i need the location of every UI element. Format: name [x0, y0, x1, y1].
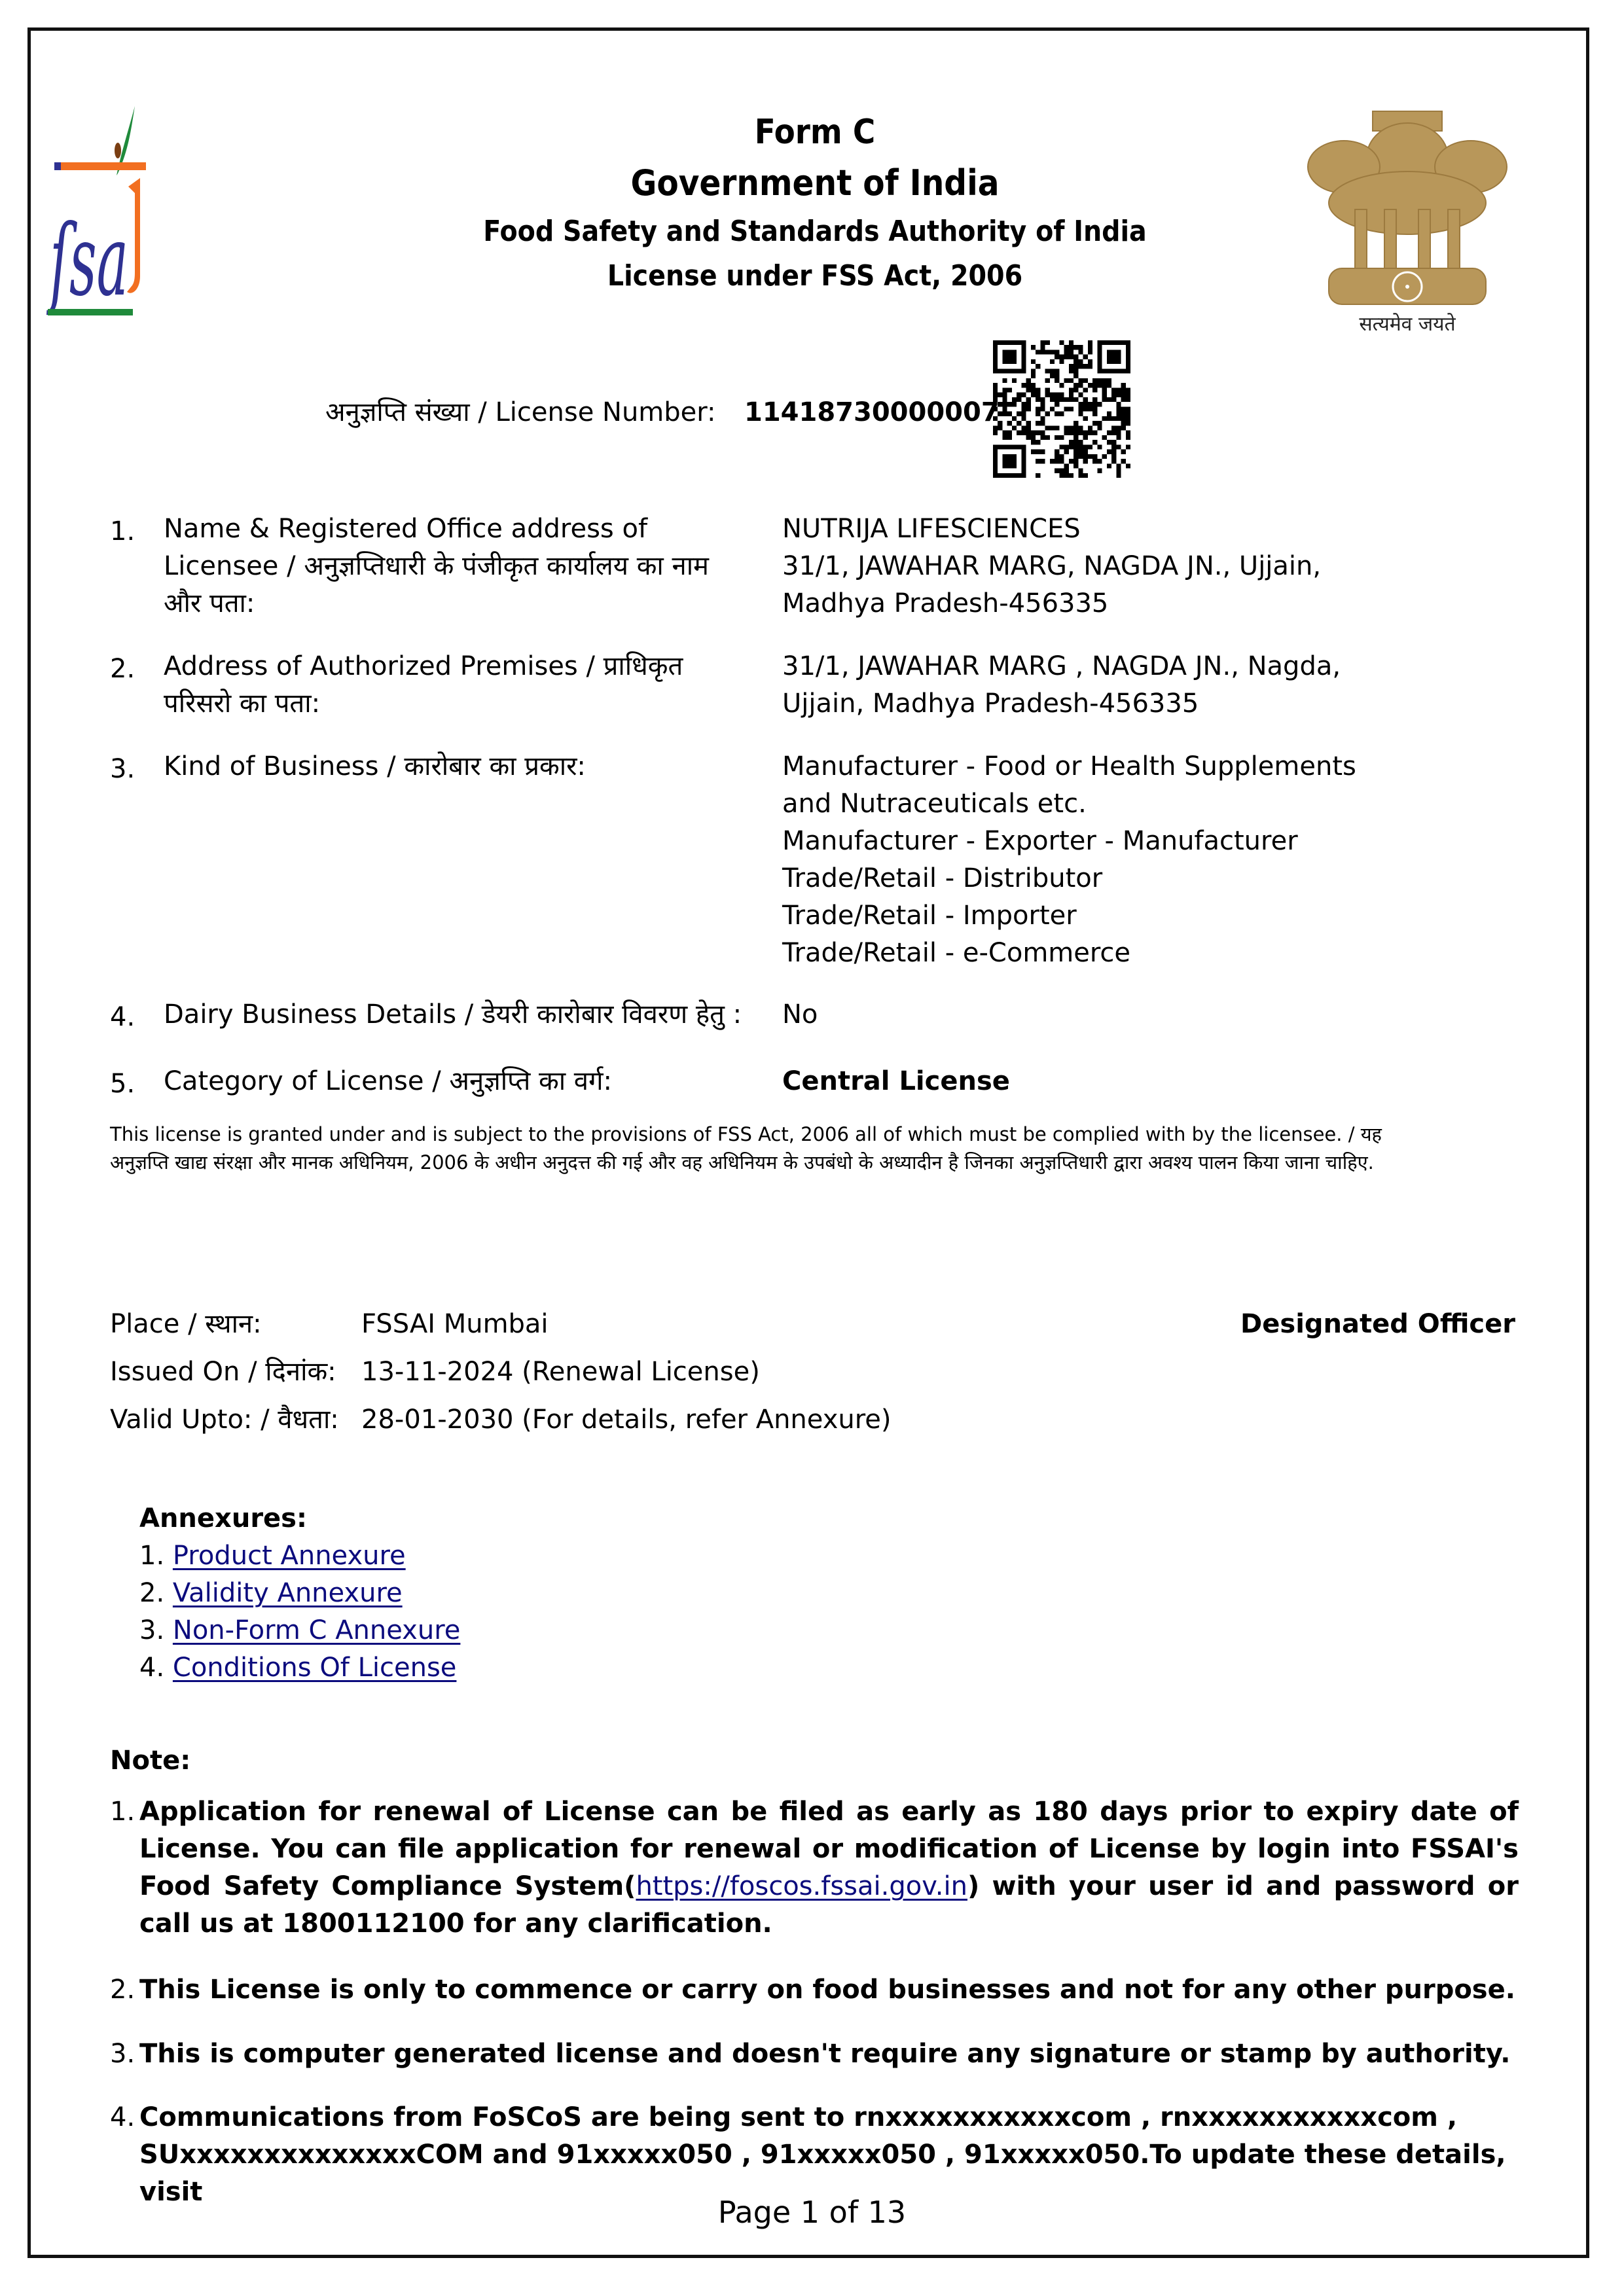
page-number: Page 1 of 13 [0, 2193, 1624, 2232]
product-annexure-link[interactable]: Product Annexure [173, 1541, 406, 1571]
issued-value: 13-11-2024 (Renewal License) [361, 1352, 760, 1391]
item-value: NUTRIJA LIFESCIENCES 31/1, JAWAHAR MARG,… [782, 511, 1489, 622]
place-label: Place / स्थान: [110, 1309, 262, 1339]
validity-annexure-link[interactable]: Validity Annexure [173, 1578, 403, 1608]
note-computer-generated: 3. This is computer generated license an… [110, 2036, 1519, 2073]
item-label: Address of Authorized Premises / प्राधिक… [164, 648, 733, 723]
item-label: Category of License / अनुज्ञप्ति का वर्ग… [164, 1063, 733, 1100]
annexure-item: 4. Conditions Of License [139, 1649, 460, 1687]
item-value: Manufacturer - Food or Health Supplement… [782, 748, 1489, 972]
designated-officer: Designated Officer [1240, 1304, 1515, 1344]
item-value: Central License [782, 1063, 1489, 1100]
item-label: Name & Registered Office address of Lice… [164, 511, 733, 622]
government-title: Government of India [393, 157, 1237, 209]
emblem-motto: सत्यमेव जयते [1359, 313, 1456, 336]
national-emblem-icon: सत्यमेव जयते [1293, 105, 1522, 337]
qr-code-icon[interactable] [992, 340, 1131, 478]
license-number-label: अनुज्ञप्ति संख्या / License Number: [325, 397, 715, 427]
place-row: Place / स्थान: FSSAI Mumbai [110, 1304, 262, 1344]
item-value: 31/1, JAWAHAR MARG , NAGDA JN., Nagda, U… [782, 648, 1489, 723]
note-purpose: 2. This License is only to commence or c… [110, 1971, 1519, 2009]
fssai-logo: ſsa [45, 105, 153, 331]
note-renewal: 1. Application for renewal of License ca… [110, 1793, 1519, 1943]
notes-heading: Note: [110, 1741, 190, 1780]
annexure-item: 1. Product Annexure [139, 1537, 460, 1575]
title-block: Form C Government of India Food Safety a… [393, 108, 1237, 298]
issued-label: Issued On / दिनांक: [110, 1357, 336, 1387]
annexures-list: Annexures: 1. Product Annexure 2. Validi… [139, 1500, 460, 1687]
issued-row: Issued On / दिनांक: 13-11-2024 (Renewal … [110, 1352, 336, 1391]
conditions-of-license-link[interactable]: Conditions Of License [173, 1653, 457, 1683]
license-number-value: 11418730000007 [744, 393, 1000, 432]
valid-label: Valid Upto: / वैधता: [110, 1405, 339, 1435]
form-title: Form C [393, 108, 1237, 157]
item-label: Kind of Business / कारोबार का प्रकार: [164, 748, 733, 785]
annexure-item: 2. Validity Annexure [139, 1575, 460, 1612]
svg-text:ſsa: ſsa [46, 204, 128, 318]
act-title: License under FSS Act, 2006 [393, 254, 1237, 298]
valid-row: Valid Upto: / वैधता: 28-01-2030 (For det… [110, 1400, 339, 1439]
foscos-link[interactable]: https://foscos.fssai.gov.in [636, 1871, 967, 1901]
non-form-c-annexure-link[interactable]: Non-Form C Annexure [173, 1615, 460, 1645]
item-value: No [782, 996, 1489, 1033]
annexure-item: 3. Non-Form C Annexure [139, 1612, 460, 1649]
item-label: Dairy Business Details / डेयरी कारोबार व… [164, 996, 818, 1033]
license-number-row: अनुज्ञप्ति संख्या / License Number: 1141… [325, 393, 715, 432]
authority-title: Food Safety and Standards Authority of I… [393, 209, 1237, 254]
place-value: FSSAI Mumbai [361, 1304, 549, 1344]
valid-value: 28-01-2030 (For details, refer Annexure) [361, 1400, 892, 1439]
annexures-heading: Annexures: [139, 1500, 460, 1537]
license-disclaimer: This license is granted under and is sub… [110, 1121, 1419, 1177]
